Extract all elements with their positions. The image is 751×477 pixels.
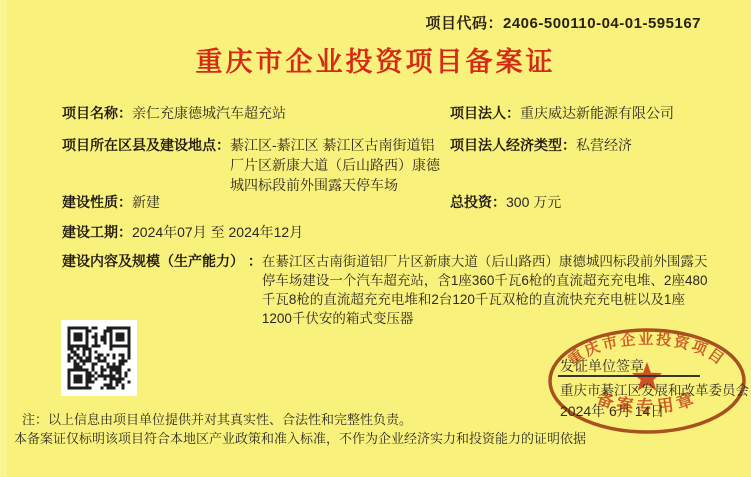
- field-project-name: 项目名称： 亲仁充康德城汽车超充站: [62, 103, 442, 123]
- construction-scope-label: 建设内容及规模（生产能力） ：: [62, 252, 262, 271]
- note-disclaimer-1: 注：以上信息由项目单位提供并对其真实性、合法性和完整性负责。: [22, 409, 412, 428]
- qr-code: [61, 320, 137, 396]
- issuing-authority: 重庆市綦江区发展和改革委员会: [560, 379, 749, 399]
- construction-period-label: 建设工期：: [62, 222, 132, 242]
- issuer-stamp-area: 重庆市企业投资项目 备案专用章 发证单位签章 重庆市綦江区发展和改革委员会 20…: [544, 326, 750, 438]
- legal-person-value: 重庆威达新能源有限公司: [520, 103, 674, 123]
- project-code: 项目代码：2406-500110-04-01-595167: [425, 12, 701, 33]
- field-legal-person: 项目法人： 重庆威达新能源有限公司: [450, 103, 745, 123]
- total-investment-value: 300 万元: [506, 192, 561, 212]
- total-investment-label: 总投资：: [450, 192, 506, 212]
- field-total-investment: 总投资： 300 万元: [450, 192, 745, 212]
- project-code-value: 2406-500110-04-01-595167: [503, 15, 701, 32]
- economic-type-value: 私营经济: [576, 135, 632, 155]
- field-construction-scope: 建设内容及规模（生产能力） ： 在綦江区古南街道铝厂片区新康大道（后山路西）康德…: [62, 252, 710, 328]
- certificate-page: 项目代码：2406-500110-04-01-595167 重庆市企业投资项目备…: [0, 0, 751, 477]
- field-economic-type: 项目法人经济类型： 私营经济: [450, 135, 745, 155]
- construction-nature-label: 建设性质：: [62, 192, 132, 212]
- certificate-title: 重庆市企业投资项目备案证: [0, 40, 751, 79]
- note-disclaimer-2: 本备案证仅标明该项目符合本地区产业政策和准入标准，不作为企业经济实力和投资能力的…: [14, 428, 586, 447]
- location-value: 綦江区-綦江区 綦江区古南街道铝厂片区新康大道（后山路西）康德城四标段前外围露天…: [230, 135, 448, 195]
- field-location: 项目所在区县及建设地点： 綦江区-綦江区 綦江区古南街道铝厂片区新康大道（后山路…: [62, 135, 448, 195]
- signature-line: [558, 375, 700, 377]
- field-construction-nature: 建设性质： 新建: [62, 192, 442, 212]
- project-name-label: 项目名称：: [62, 103, 132, 123]
- construction-scope-value: 在綦江区古南街道铝厂片区新康大道（后山路西）康德城四标段前外围露天停车场建设一个…: [262, 252, 710, 328]
- location-label: 项目所在区县及建设地点：: [62, 135, 230, 155]
- legal-person-label: 项目法人：: [450, 103, 520, 123]
- construction-period-value: 2024年07月 至 2024年12月: [132, 222, 303, 242]
- construction-nature-value: 新建: [132, 192, 160, 212]
- signature-label: 发证单位签章: [560, 356, 644, 376]
- issue-date: 2024年 6月 14日: [560, 401, 664, 421]
- qr-code-icon: [61, 320, 137, 396]
- project-name-value: 亲仁充康德城汽车超充站: [132, 103, 286, 123]
- project-code-label: 项目代码：: [425, 15, 503, 32]
- field-construction-period: 建设工期： 2024年07月 至 2024年12月: [62, 222, 462, 242]
- economic-type-label: 项目法人经济类型：: [450, 135, 576, 155]
